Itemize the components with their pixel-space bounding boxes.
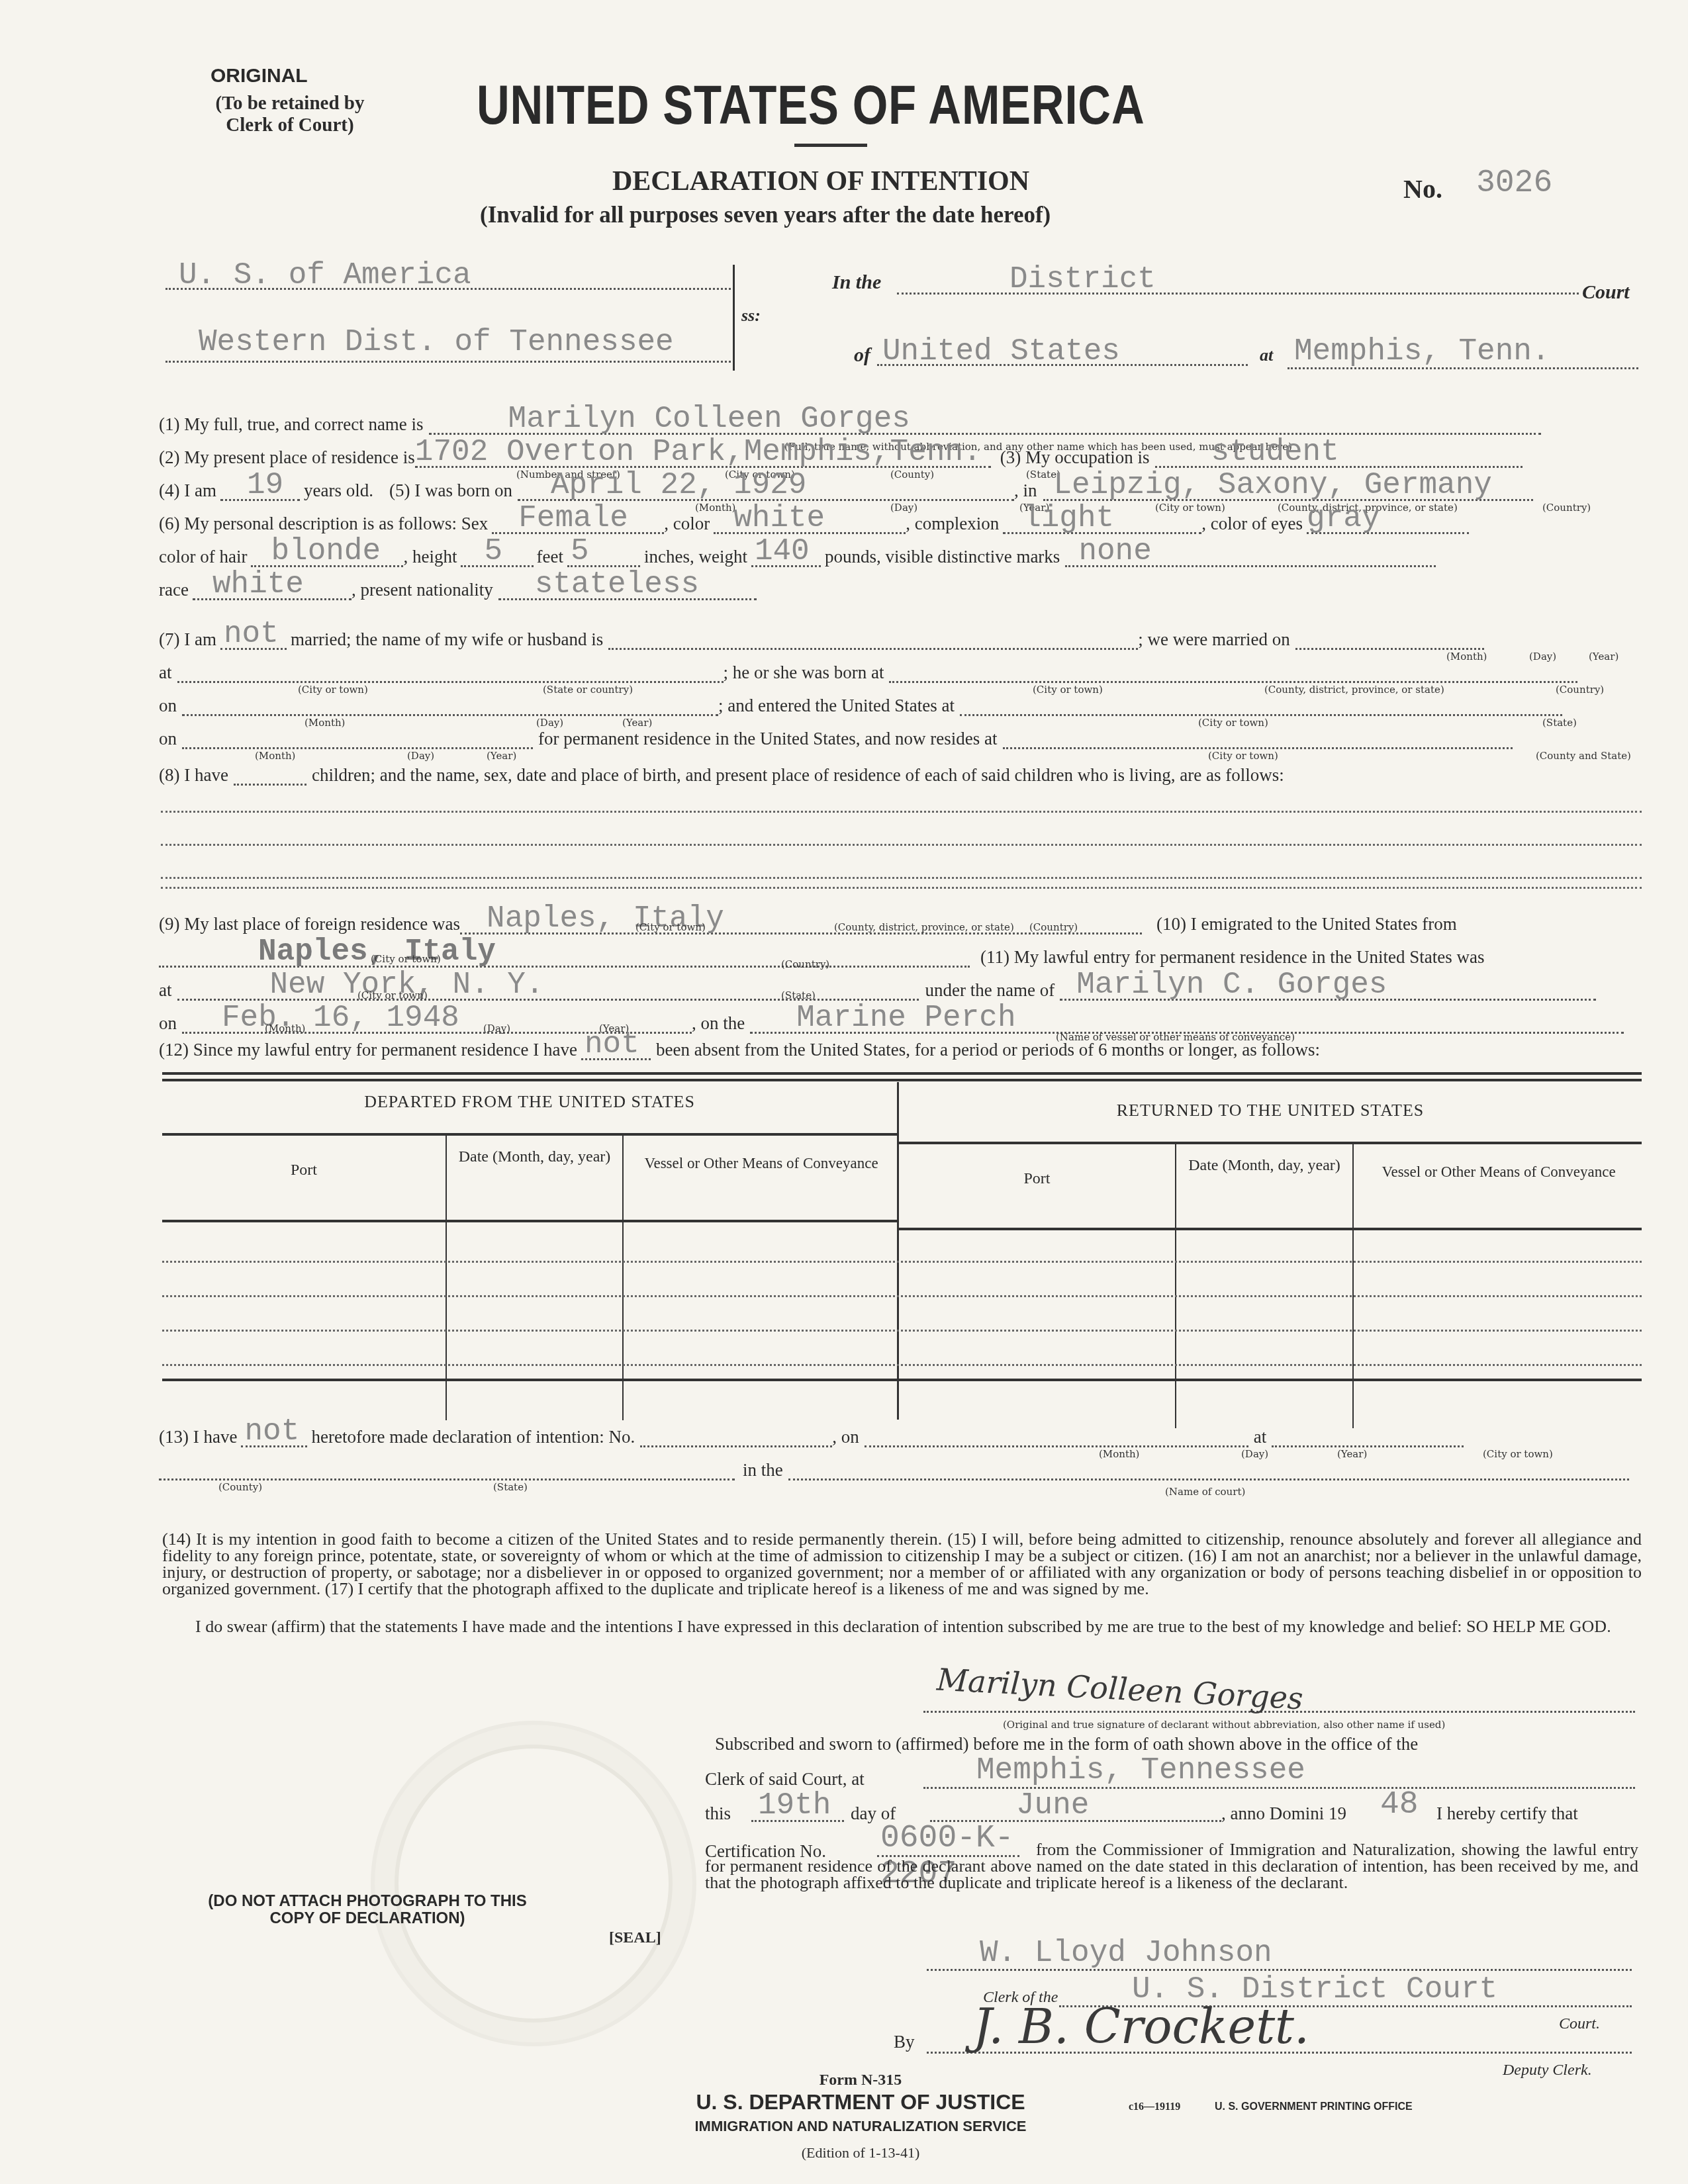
complexion-field[interactable]: light [1003,510,1201,534]
q12-row: (12) Since my lawful entry for permanent… [159,1036,1642,1060]
embossed-court-seal [371,1721,696,2046]
hint-prior-county: (County) [218,1481,262,1493]
table-row[interactable] [162,1364,1642,1366]
certification-text: from the Commissioner of Immigration and… [705,1841,1638,1891]
q2-row: (2) My present place of residence is 170… [159,443,1642,468]
height-inches-value: 5 [571,536,589,567]
col-header-vessel: Vessel or Other Means of Conveyance [626,1155,897,1172]
q4-label: (4) I am [159,480,216,501]
race-label: race [159,580,189,600]
hint-spouse-entry-year: (Year) [487,750,516,762]
document-subtitle: DECLARATION OF INTENTION [612,165,1029,197]
q4-q5-row: (4) I am 19 years old. (5) I was born on… [159,477,1642,501]
children-count-field[interactable] [234,761,306,786]
col-divider [622,1136,624,1420]
q6-row-3: race white , present nationality statele… [159,576,1642,600]
q2-label: (2) My present place of residence is [159,447,415,468]
q8-row: (8) I have children; and the name, sex, … [159,761,1642,786]
prior-status-field[interactable]: not [241,1423,307,1447]
occupation-value: student [1211,437,1339,467]
validity-note: (Invalid for all purposes seven years af… [480,202,1051,228]
hint-entry-port-state: (State) [781,989,816,1001]
service-name: IMMIGRATION AND NATURALIZATION SERVICE [596,2118,1125,2135]
spouse-born-on-label: on [159,696,177,716]
pounds-label: pounds, visible distinctive marks [825,547,1060,567]
jurisdiction-line2: Western Dist. of Tennessee [199,325,674,359]
q11-label: (11) My lawful entry for permanent resid… [980,947,1485,968]
marriage-date-field[interactable] [1295,625,1484,650]
q7-row-3: on ; and entered the United States at [159,692,1642,716]
q6-label: (6) My personal description is as follow… [159,514,488,534]
hint-foreign-country: (Country) [1029,921,1078,933]
court-location-field: Memphis, Tenn. [1288,334,1638,369]
marriage-place-field[interactable] [177,659,724,683]
color-label: , color [664,514,710,534]
age-value: 19 [247,470,283,500]
at-label: at [1260,345,1273,365]
eyes-value: gray [1307,503,1380,533]
table-row[interactable] [162,1295,1642,1297]
hint-entry-month: (Month) [265,1023,305,1034]
oath-swear: I do swear (affirm) that the statements … [162,1618,1642,1635]
certify-label: I hereby certify that [1436,1803,1578,1824]
marks-field[interactable]: none [1065,543,1436,567]
court-of-field: United States [877,334,1248,366]
birth-place-field[interactable]: Leipzig, Saxony, Germany [1043,477,1533,501]
entry-at-label: at [159,980,172,1001]
photo-notice-line2: COPY OF DECLARATION) [169,1910,566,1927]
birth-place-value: Leipzig, Saxony, Germany [1053,470,1492,500]
clerk-location-field[interactable]: Memphis, Tennessee [923,1757,1635,1789]
prior-date-field[interactable] [865,1423,1248,1447]
absent-status-value: not [585,1029,639,1060]
inches-label: inches, weight [644,547,747,567]
q8-text: children; and the name, sex, date and pl… [312,765,1284,786]
nationality-value: stateless [535,569,699,600]
race-field[interactable]: white [193,576,352,600]
spouse-entry-on-label: on [159,729,177,749]
page-title: UNITED STATES OF AMERICA [477,73,1145,137]
form-number: Form N-315 [596,2071,1125,2089]
complexion-label: , complexion [906,514,999,534]
photo-notice: (DO NOT ATTACH PHOTOGRAPH TO THIS COPY O… [169,1893,566,1927]
spouse-birthdate-field[interactable] [182,692,718,716]
court-of: United States [882,334,1120,369]
in-the-label: In the [832,271,881,294]
height-feet-field[interactable]: 5 [461,543,534,567]
q13-row-2: in the [159,1456,1642,1480]
court-type: District [1009,262,1156,296]
number-label: No. [1403,173,1442,205]
hint-entry-port-city: (City or town) [357,989,428,1001]
q13-row: (13) I have not heretofore made declarat… [159,1423,1642,1447]
height-inches-field[interactable]: 5 [567,543,640,567]
hint-resides-city: (City or town) [1208,750,1278,762]
col-header-vessel: Vessel or Other Means of Conveyance [1356,1163,1642,1181]
hint-foreign-county: (County, district, province, or state) [834,921,1014,933]
table-center-divider [897,1082,899,1420]
hint-prior-court: (Name of court) [1165,1486,1245,1498]
month-value: June [1016,1788,1089,1823]
jurisdiction-line1-field: U. S. of America [165,258,735,290]
age-field[interactable]: 19 [220,477,300,501]
table-top-rule-2 [162,1079,1642,1081]
children-line-1[interactable] [161,811,1642,813]
in-label: , in [1014,480,1037,501]
printer-name: U. S. GOVERNMENT PRINTING OFFICE [1215,2101,1413,2113]
day-value: 19th [758,1788,831,1823]
absent-status-field[interactable]: not [581,1036,651,1060]
col-divider [1352,1144,1354,1428]
under-name-label: under the name of [925,980,1055,1001]
col-header-port: Port [162,1161,445,1179]
full-name-field[interactable]: Marilyn Colleen Gorges [429,410,1541,435]
col-divider [445,1136,447,1420]
color-field[interactable]: white [714,510,906,534]
day-field[interactable]: 19th [751,1794,844,1822]
copy-label: ORIGINAL [211,65,308,87]
spouse-born-label: ; he or she was born at [724,662,884,683]
hint-entry-day: (Day) [483,1023,510,1034]
hint-resides-county: (County and State) [1536,750,1631,762]
weight-value: 140 [755,536,810,567]
declarant-signature: Marilyn Colleen Gorges [936,1662,1304,1717]
print-code: c16—19119 [1129,2101,1180,2113]
table-row[interactable] [162,1261,1642,1263]
hint-prior-state: (State) [493,1481,528,1493]
spouse-birthplace-field[interactable] [889,659,1577,683]
court-type-field: District [897,265,1579,295]
height-label: , height [403,547,457,567]
children-line-4[interactable] [161,887,1642,889]
married-status-field[interactable]: not [220,625,287,650]
entered-label: ; and entered the United States at [718,696,955,716]
q1-label: (1) My full, true, and correct name is [159,414,424,435]
clerk-name-value: W. Lloyd Johnson [980,1936,1272,1970]
q12-text: been absent from the United States, for … [656,1040,1320,1060]
clerk-at-label: Clerk of said Court, at [705,1769,865,1790]
copy-note-line2: Clerk of Court) [164,114,416,136]
weight-field[interactable]: 140 [751,543,821,567]
deputy-signature: J. B. Crockett. [973,1999,1309,2054]
prior-in-the-label: in the [743,1460,783,1480]
complexion-value: light [1023,503,1114,533]
edition-note: (Edition of 1-13-41) [596,2144,1125,2161]
hint-foreign-city: (City or town) [635,921,706,933]
q7-row-4: on for permanent residence in the United… [159,725,1642,749]
married-status-value: not [224,619,279,649]
jurisdiction-line1: U. S. of America [179,258,471,293]
prior-county-state-field[interactable] [159,1456,735,1480]
hair-value: blonde [271,536,381,567]
birth-date-field[interactable]: April 22, 1929 [518,477,1014,501]
prior-status-value: not [244,1416,299,1447]
color-value: white [733,503,825,533]
returned-header-rule [899,1142,1642,1144]
birth-date-value: April 22, 1929 [551,470,806,500]
col-header-date: Date (Month, day, year) [447,1148,622,1166]
prior-at-label: at [1254,1427,1267,1447]
height-feet-value: 5 [484,536,502,567]
deputy-clerk-label: Deputy Clerk. [1503,2062,1592,2079]
age-suffix: years old. [304,480,373,501]
prior-city-field[interactable] [1272,1423,1464,1447]
children-line-2[interactable] [161,844,1642,846]
col-header-port: Port [899,1170,1175,1188]
residence-value: 1702 Overton Park,Memphis,Tenn. [415,437,982,467]
by-label: By [894,2032,915,2052]
eyes-label: , color of eyes [1201,514,1303,534]
jurisdiction-line2-field: Western Dist. of Tennessee [165,321,735,363]
departed-columns-rule [162,1220,897,1222]
departed-title: DEPARTED FROM THE UNITED STATES [162,1092,897,1112]
hair-field[interactable]: blonde [251,543,403,567]
clerk-location-value: Memphis, Tennessee [976,1753,1305,1788]
declaration-number: 3026 [1476,165,1552,201]
col-divider [1175,1144,1176,1428]
entry-on-label: on [159,1013,177,1034]
signature-hint: (Original and true signature of declaran… [1003,1719,1445,1731]
hair-label: color of hair [159,547,247,567]
q3-label: (3) My occupation is [1000,447,1150,468]
seal-label: [SEAL] [609,1929,661,1947]
returned-title: RETURNED TO THE UNITED STATES [899,1101,1642,1120]
q1-row: (1) My full, true, and correct name is M… [159,410,1642,435]
prior-court-field[interactable] [788,1456,1629,1480]
spouse-name-field[interactable] [608,625,1138,650]
table-row[interactable] [162,1330,1642,1332]
q13-text: heretofore made declaration of intention… [311,1427,635,1447]
departed-header-rule [162,1133,897,1136]
q11-row-3: on Feb. 16, 1948 , on the Marine Perch [159,1009,1642,1034]
sex-field[interactable]: Female [492,510,664,534]
q7-label: (7) I am [159,629,216,650]
married-on-label: ; we were married on [1138,629,1289,650]
children-line-3[interactable] [161,877,1642,879]
spouse-entry-place-field[interactable] [960,692,1562,716]
spouse-residence-field[interactable] [1003,725,1513,749]
race-value: white [212,569,304,600]
sex-value: Female [518,503,628,533]
ss-label: ss: [741,306,761,326]
prior-number-field[interactable] [640,1423,832,1447]
entry-date-value: Feb. 16, 1948 [222,1003,459,1033]
permanent-label: for permanent residence in the United St… [538,729,998,749]
q7-row-2: at ; he or she was born at [159,659,1642,683]
sworn-text: Subscribed and sworn to (affirmed) befor… [715,1734,1642,1754]
oath-paragraph: (14) It is my intention in good faith to… [162,1531,1642,1597]
hint-spouse-entry-month: (Month) [255,750,295,762]
q7-text: married; the name of my wife or husband … [291,629,603,650]
nationality-label: , present nationality [352,580,493,600]
q8-label: (8) I have [159,765,228,786]
month-field[interactable]: June [930,1794,1221,1822]
photo-notice-line1: (DO NOT ATTACH PHOTOGRAPH TO THIS [169,1893,566,1910]
q9-label: (9) My last place of foreign residence w… [159,914,460,934]
year-value[interactable]: 48 [1380,1787,1419,1823]
q7-row: (7) I am not married; the name of my wif… [159,625,1642,650]
this-label: this [705,1803,731,1824]
declarant-signature-field[interactable]: Marilyn Colleen Gorges [923,1678,1635,1713]
marks-value: none [1078,536,1151,567]
clerk-name-field[interactable]: W. Lloyd Johnson [927,1942,1632,1971]
department-name: U. S. DEPARTMENT OF JUSTICE [596,2090,1125,2115]
deputy-signature-field[interactable]: J. B. Crockett. [927,2025,1632,2054]
court-label: Court [1582,281,1630,304]
marriage-at-label: at [159,662,172,683]
anno-domini-label: , anno Domini 19 [1221,1803,1346,1824]
spouse-entry-date-field[interactable] [182,725,533,749]
entry-name-field[interactable]: Marilyn C. Gorges [1060,976,1596,1001]
court-location: Memphis, Tenn. [1294,334,1550,369]
of-label: of [854,344,870,367]
table-top-rule-1 [162,1072,1642,1075]
occupation-field[interactable]: student [1155,443,1523,468]
q6-row: (6) My personal description is as follow… [159,510,1642,534]
hint-emigrated-country: (Country) [781,958,829,970]
entry-name-value: Marilyn C. Gorges [1076,970,1387,1000]
table-bottom-rule [162,1379,1642,1381]
hint-spouse-entry-day: (Day) [407,750,434,762]
copy-note-line1: (To be retained by [164,93,416,114]
col-header-date: Date (Month, day, year) [1176,1157,1352,1175]
residence-field[interactable]: 1702 Overton Park,Memphis,Tenn. [415,443,991,468]
hint-emigrated-city: (City or town) [371,953,441,965]
eyes-field[interactable]: gray [1307,510,1469,534]
q10-label: (10) I emigrated to the United States fr… [1156,914,1457,934]
returned-columns-rule [899,1228,1642,1230]
vessel-field[interactable]: Marine Perch [750,1009,1624,1034]
title-divider [794,144,867,147]
bracket [733,265,735,371]
q5-label: (5) I was born on [389,480,512,501]
q12-label: (12) Since my lawful entry for permanent… [159,1040,577,1060]
full-name-value: Marilyn Colleen Gorges [508,404,910,434]
vessel-value: Marine Perch [796,1003,1015,1033]
q6-row-2: color of hair blonde , height 5 feet 5 i… [159,543,1642,567]
prior-on-label: , on [832,1427,859,1447]
q13-label: (13) I have [159,1427,237,1447]
feet-label: feet [536,547,563,567]
on-the-label: , on the [692,1013,745,1034]
nationality-field[interactable]: stateless [498,576,757,600]
emigrated-from-field[interactable]: Naples, Italy [159,943,970,968]
copy-note: (To be retained by Clerk of Court) [164,93,416,136]
